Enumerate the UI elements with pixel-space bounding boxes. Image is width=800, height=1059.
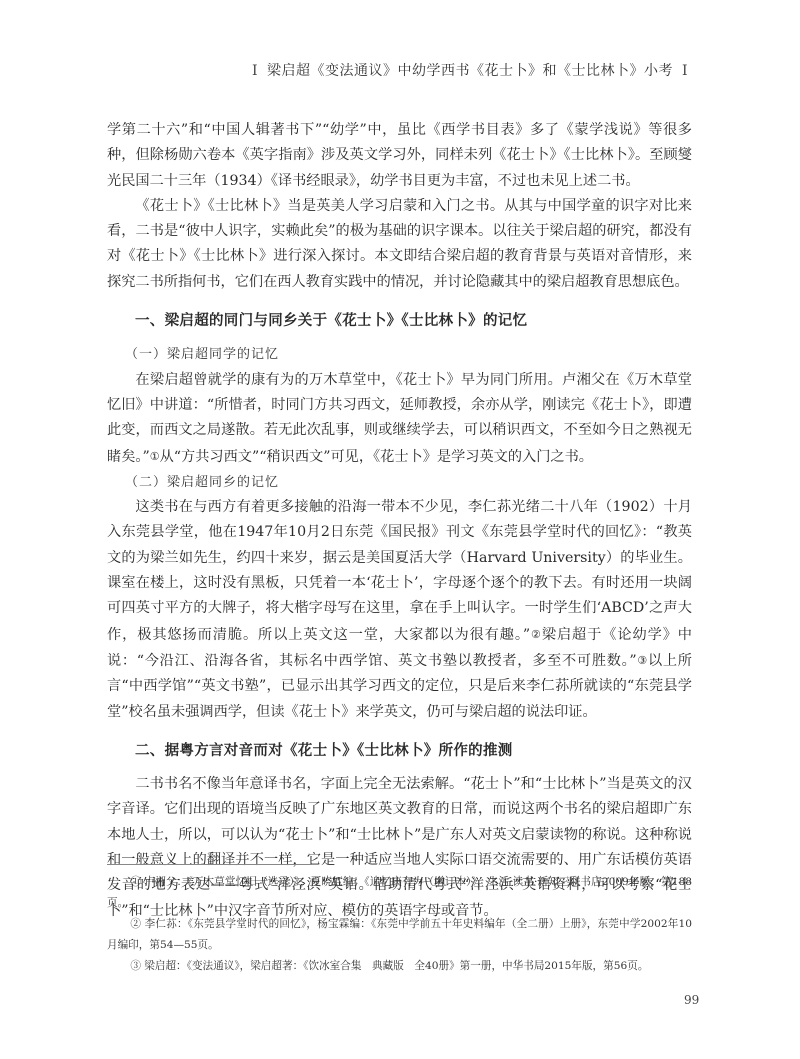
body-text: 学第二十六”和“中国人辑著书下”“幼学”中，虽比《西学书目表》多了《蒙学浅说》等… [107,118,692,924]
section-1-heading: 一、梁启超的同门与同乡关于《花士卜》《士比林卜》的记忆 [107,309,692,334]
paragraph-3-text-b: 从“方共习西文”“稍识西文”可见，《花士卜》是学习英文的入门之书。 [160,449,593,465]
footnote-ref-1[interactable]: ① [150,450,160,463]
footnotes: ① 卢湘父：《万木草堂忆旧（选录）》，夏晓虹编：《追忆康有为（增订本）》，生活·… [107,872,692,977]
paragraph-4-text-a: 这类书在与西方有着更多接触的沿海一带本不少见，李仁荪光绪二十八年（1902）十月… [107,499,692,642]
header-right-bar: I [682,63,688,79]
footnote-divider [107,864,312,865]
header-left-bar: I [252,63,258,79]
subsection-2-heading: （二）梁启超同乡的记忆 [107,470,692,495]
footnote-ref-3[interactable]: ③ [637,654,648,667]
page-number: 99 [684,993,699,1007]
footnote-3: ③ 梁启超：《变法通议》，梁启超著：《饮冰室合集 典藏版 全40册》第一册，中华… [107,956,692,977]
paragraph-2: 《花士卜》《士比林卜》当是英美人学习启蒙和入门之书。从其与中国学童的识字对比来看… [107,194,692,295]
running-head-title: 梁启超《变法通议》中幼学西书《花士卜》和《士比林卜》小考 [267,63,673,79]
paragraph-3: 在梁启超曾就学的康有为的万木草堂中，《花士卜》早为同门所用。卢湘父在《万木草堂忆… [107,368,692,470]
footnote-1: ① 卢湘父：《万木草堂忆旧（选录）》，夏晓虹编：《追忆康有为（增订本）》，生活·… [107,872,692,914]
section-2-heading: 二、据粤方言对音而对《花士卜》《士比林卜》所作的推测 [107,739,692,764]
footnote-2: ② 李仁荪：《东莞县学堂时代的回忆》，杨宝霖编：《东莞中学前五十年史料编年（全二… [107,914,692,956]
subsection-1-heading: （一）梁启超同学的记忆 [107,342,692,367]
paragraph-1: 学第二十六”和“中国人辑著书下”“幼学”中，虽比《西学书目表》多了《蒙学浅说》等… [107,118,692,194]
running-head: I 梁启超《变法通议》中幼学西书《花士卜》和《士比林卜》小考 I [248,60,692,80]
footnote-ref-2[interactable]: ② [530,628,542,641]
paragraph-4: 这类书在与西方有着更多接触的沿海一带本不少见，李仁荪光绪二十八年（1902）十月… [107,495,692,725]
